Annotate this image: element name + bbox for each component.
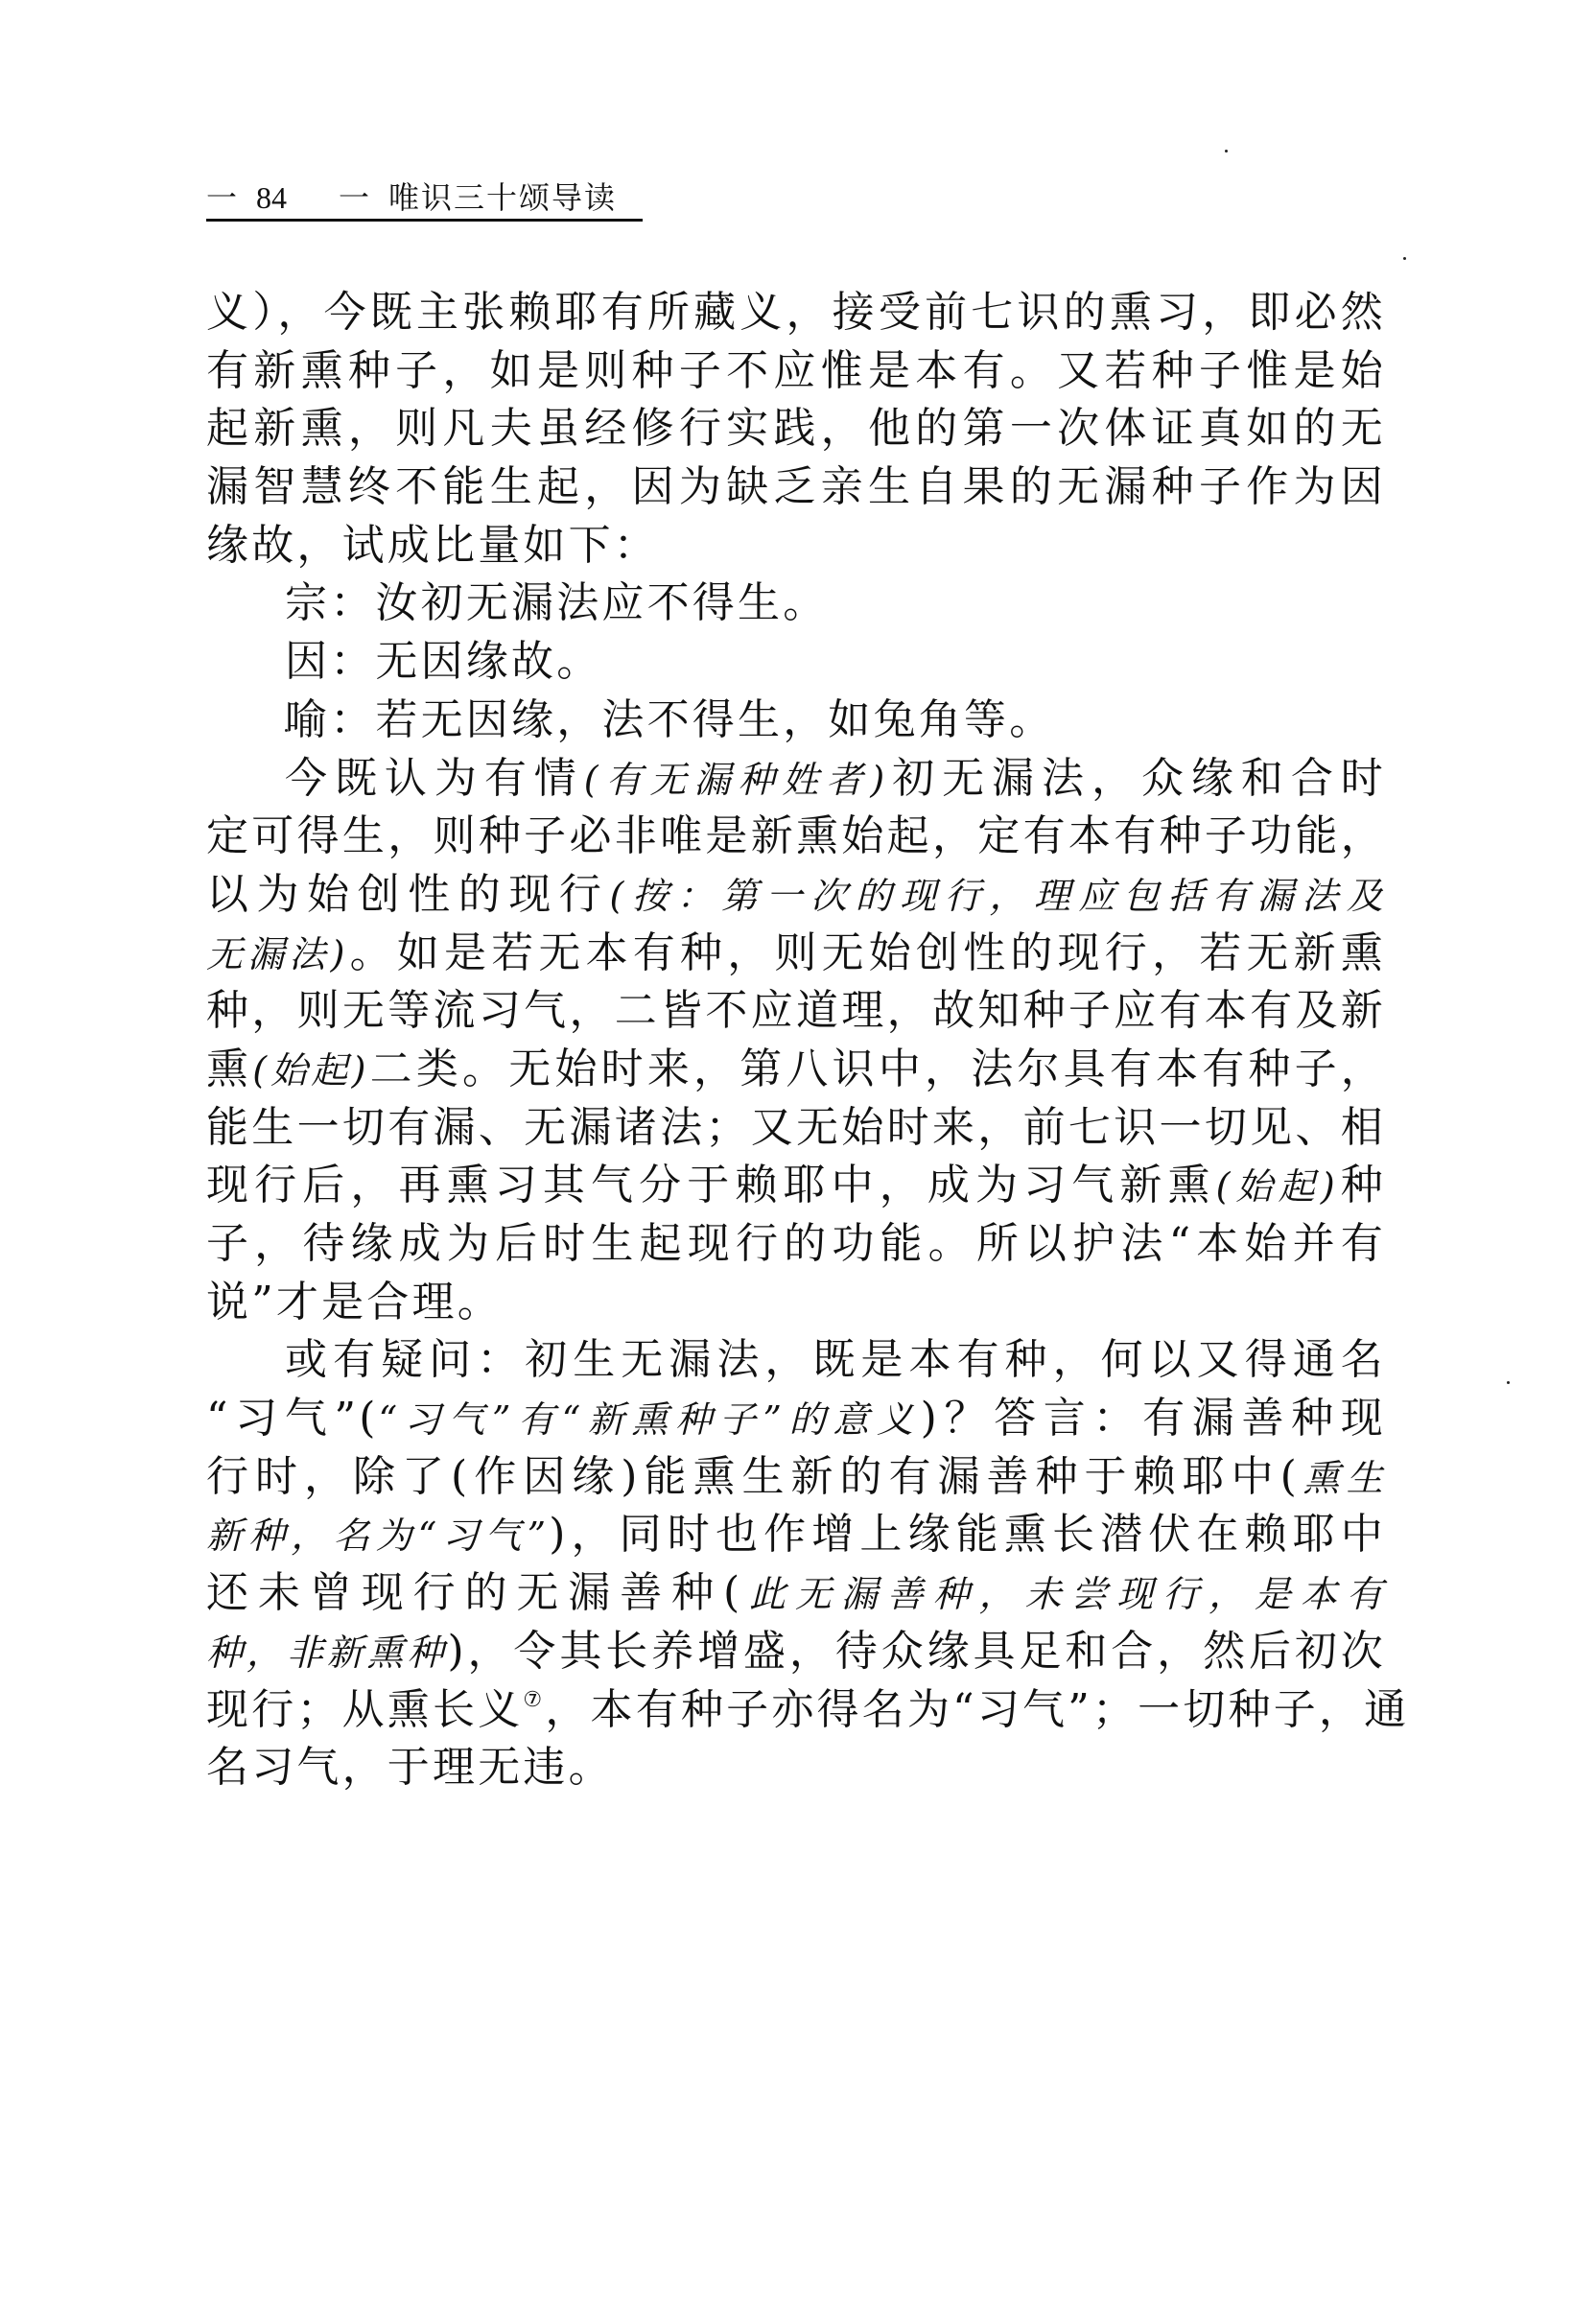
- header-rule: [206, 219, 643, 222]
- syllogism-thesis: 宗：汝初无漏法应不得生。: [206, 575, 1386, 633]
- text-line: 名习气，于理无违。: [206, 1739, 1386, 1797]
- scan-speck: [1403, 257, 1406, 260]
- text-line: 义），今既主张赖耶有所藏义，接受前七识的熏习，即必然: [206, 284, 1386, 342]
- scan-speck: [1225, 150, 1228, 153]
- text-span: 以为始创性的现行: [206, 870, 609, 919]
- text-line: 或有疑问：初生无漏法，既是本有种，何以又得通名: [206, 1331, 1386, 1390]
- header-dash-right: 一: [339, 178, 388, 217]
- text-span: 现行；从熏长义: [206, 1685, 523, 1734]
- inline-note: 种，非新熏种: [206, 1632, 447, 1674]
- text-line: 熏(始起)二类。无始时来，第八识中，法尔具有本有种子，: [206, 1041, 1386, 1099]
- text-line: 以为始创性的现行(按：第一次的现行，理应包括有漏法及: [206, 866, 1386, 925]
- text-span: ，本有种子亦得名为“习气”；一切种子，通: [545, 1685, 1409, 1734]
- text-span: 。如是若无本有种，则无始创性的现行，若无新熏: [348, 928, 1386, 977]
- text-span: 还未曾现行的无漏善种(: [206, 1568, 742, 1617]
- syllogism-reason: 因：无因缘故。: [206, 633, 1386, 692]
- footnote-marker[interactable]: ⑦: [523, 1688, 545, 1712]
- text-line: 缘故，试成比量如下：: [206, 517, 1386, 575]
- text-line: 有新熏种子，如是则种子不应惟是本有。又若种子惟是始: [206, 342, 1386, 401]
- text-line: 说”才是合理。: [206, 1274, 1386, 1332]
- text-span: 行时，除了(作因缘)能熏生新的有漏善种于赖耶中(: [206, 1452, 1300, 1501]
- text-span: 熏: [206, 1045, 252, 1093]
- inline-note: (有无漏种姓者): [584, 759, 888, 801]
- text-line: 种，则无等流习气，二皆不应道理，故知种子应有本有及新: [206, 982, 1386, 1041]
- body-text: 义），今既主张赖耶有所藏义，接受前七识的熏习，即必然 有新熏种子，如是则种子不应…: [206, 284, 1386, 1797]
- text-line: 行时，除了(作因缘)能熏生新的有漏善种于赖耶中(熏生: [206, 1448, 1386, 1507]
- text-line: “习气”(“习气”有“新熏种子”的意义)？答言：有漏善种现: [206, 1390, 1386, 1448]
- page-number: 84: [256, 178, 339, 217]
- text-span: 现行后，再熏习其气分于赖耶中，成为习气新熏: [206, 1161, 1216, 1209]
- text-span: 种: [1338, 1161, 1386, 1209]
- header-dash-left: 一: [206, 178, 256, 217]
- inline-note: (按：第一次的现行，理应包括有漏法及: [609, 875, 1386, 917]
- inline-note: 无漏法): [206, 933, 348, 975]
- syllogism-example: 喻：若无因缘，法不得生，如兔角等。: [206, 692, 1386, 750]
- text-span: )？答言：有漏善种现: [921, 1394, 1386, 1443]
- text-line: 今既认为有情(有无漏种姓者)初无漏法，众缘和合时: [206, 750, 1386, 809]
- inline-note: (始起): [252, 1049, 368, 1092]
- scan-speck: [1507, 1381, 1510, 1384]
- running-title: 唯识三十颂导读: [388, 178, 617, 217]
- text-line: 漏智慧终不能生起，因为缺乏亲生自果的无漏种子作为因: [206, 458, 1386, 517]
- text-line: 无漏法)。如是若无本有种，则无始创性的现行，若无新熏: [206, 925, 1386, 983]
- text-span: 二类。无始时来，第八识中，法尔具有本有种子，: [369, 1045, 1386, 1093]
- text-span: )，同时也作增上缘能熏长潜伏在赖耶中: [549, 1510, 1386, 1559]
- inline-note: “习气”有“新熏种子”的意义: [379, 1398, 921, 1441]
- text-span: )，令其长养增盛，待众缘具足和合，然后初次: [447, 1627, 1386, 1676]
- text-line: 新种，名为“习气”)，同时也作增上缘能熏长潜伏在赖耶中: [206, 1506, 1386, 1564]
- text-span: “习气”(: [206, 1394, 379, 1443]
- text-line: 现行后，再熏习其气分于赖耶中，成为习气新熏(始起)种: [206, 1157, 1386, 1215]
- inline-note: 新种，名为“习气”: [206, 1514, 549, 1557]
- page-header: 一84一唯识三十颂导读: [206, 178, 643, 217]
- text-line: 种，非新熏种)，令其长养增盛，待众缘具足和合，然后初次: [206, 1623, 1386, 1681]
- text-line: 能生一切有漏、无漏诸法；又无始时来，前七识一切见、相: [206, 1099, 1386, 1158]
- inline-note: (始起): [1216, 1165, 1338, 1208]
- text-line: 定可得生，则种子必非唯是新熏始起，定有本有种子功能，: [206, 808, 1386, 866]
- text-line: 子，待缘成为后时生起现行的功能。所以护法“本始并有: [206, 1215, 1386, 1274]
- text-line: 起新熏，则凡夫虽经修行实践，他的第一次体证真如的无: [206, 400, 1386, 458]
- inline-note: 此无漏善种，未尝现行，是本有: [742, 1573, 1386, 1615]
- text-line: 现行；从熏长义⑦，本有种子亦得名为“习气”；一切种子，通: [206, 1681, 1386, 1740]
- text-span: 今既认为有情: [285, 754, 584, 803]
- text-line: 还未曾现行的无漏善种(此无漏善种，未尝现行，是本有: [206, 1564, 1386, 1623]
- text-span: 初无漏法，众缘和合时: [887, 754, 1386, 803]
- inline-note: 熏生: [1300, 1457, 1386, 1499]
